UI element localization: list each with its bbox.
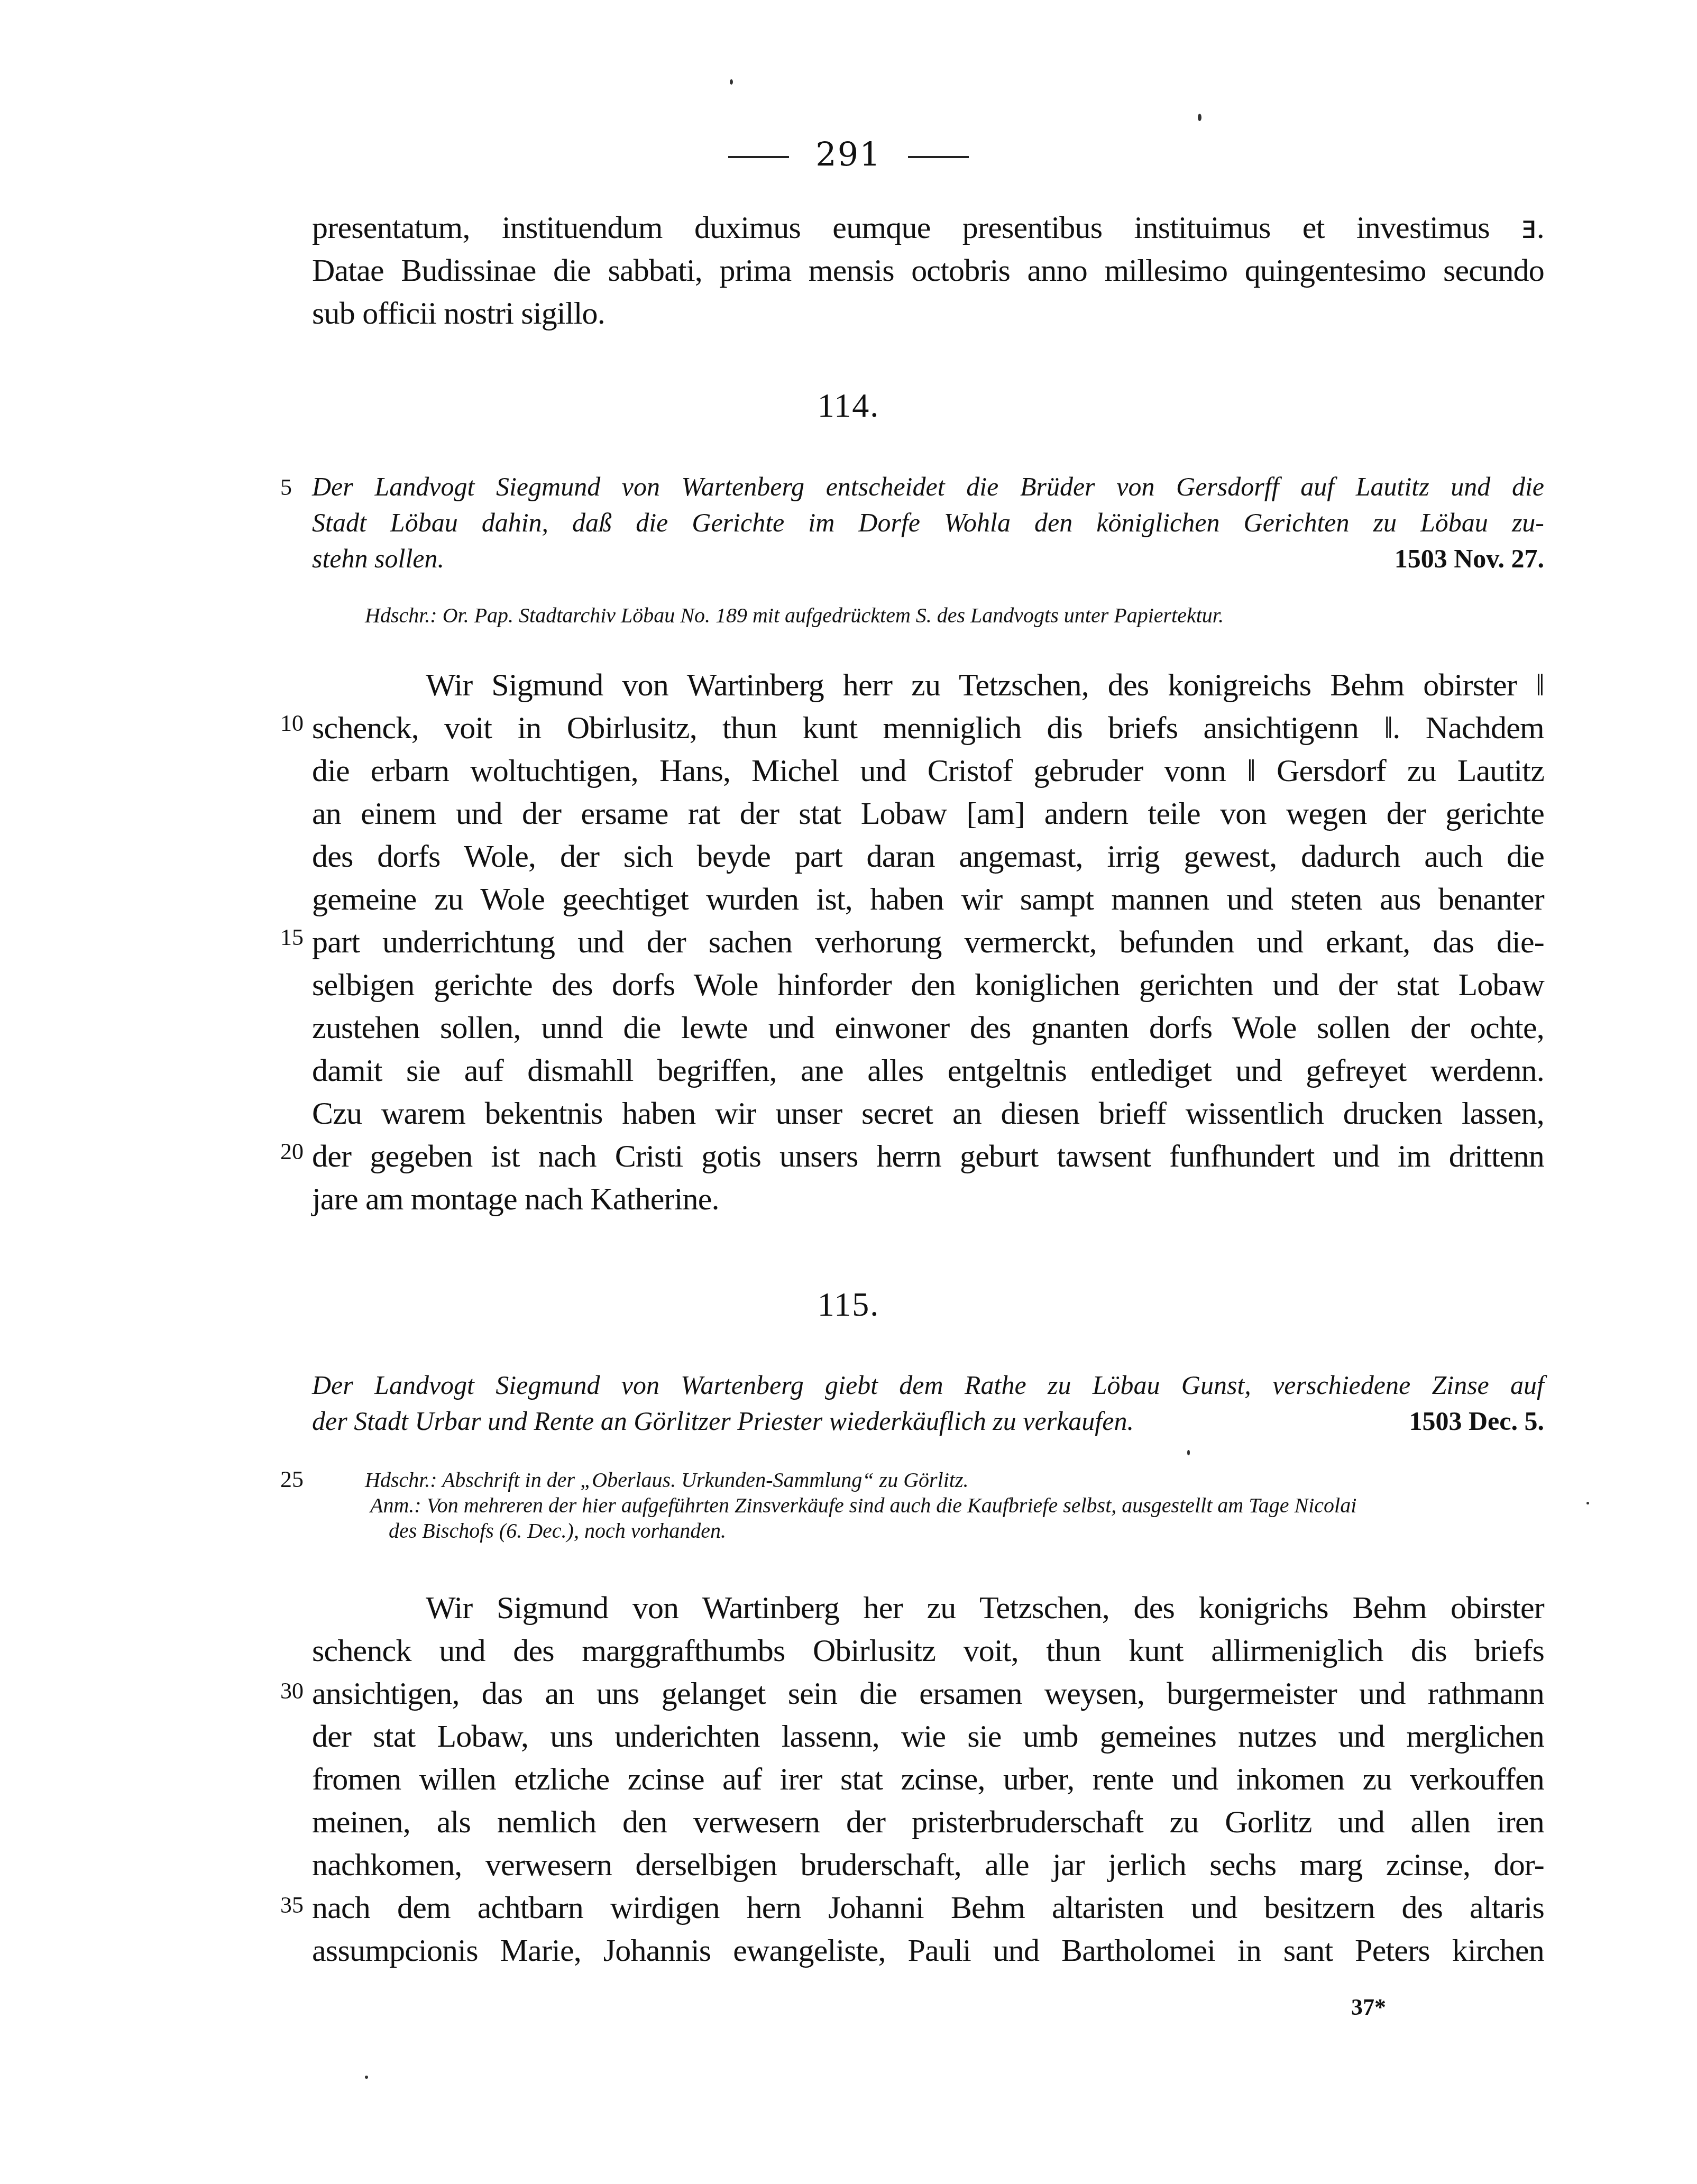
text-line: damit sie auf dismahll begriffen, ane al… xyxy=(312,1049,1544,1092)
scan-speck xyxy=(1198,114,1201,121)
document-page: 291 presentatum, instituendum duximus eu… xyxy=(0,0,1697,2184)
regest-line: Der Landvogt Siegmund von Wartenberg ent… xyxy=(312,469,1544,504)
margin-line-number: 15 xyxy=(280,924,304,951)
regest-115: Der Landvogt Siegmund von Wartenberg gie… xyxy=(312,1367,1544,1439)
text-line: des dorfs Wole, der sich beyde part dara… xyxy=(312,835,1544,878)
document-number-114: 114. xyxy=(0,386,1697,425)
margin-line-number: 35 xyxy=(280,1892,304,1919)
manuscript-note: Hdschr.: Abschrift in der „Oberlaus. Urk… xyxy=(365,1467,1544,1493)
annotation-note: Anm.: Von mehreren der hier aufgeführten… xyxy=(365,1493,1544,1518)
header-rule-right xyxy=(908,156,969,158)
text-line: nachkomen, verwesern derselbigen bruders… xyxy=(312,1843,1544,1886)
text-line: die erbarn woltuchtigen, Hans, Michel un… xyxy=(312,749,1544,792)
text-line: zustehen sollen, unnd die lewte und einw… xyxy=(312,1006,1544,1049)
regest-line: stehn sollen. xyxy=(312,544,444,573)
text-line: ansichtigen, das an uns gelanget sein di… xyxy=(312,1672,1544,1715)
text-line: meinen, als nemlich den verwesern der pr… xyxy=(312,1801,1544,1843)
notes-115: Hdschr.: Abschrift in der „Oberlaus. Urk… xyxy=(365,1467,1544,1544)
text-line: part underrichtung und der sachen verhor… xyxy=(312,921,1544,963)
text-line: der stat Lobaw, uns underichten lassenn,… xyxy=(312,1715,1544,1758)
text-line: sub officii nostri sigillo. xyxy=(312,292,1544,335)
text-line: Czu warem bekentnis haben wir unser secr… xyxy=(312,1092,1544,1135)
regest-line: Der Landvogt Siegmund von Wartenberg gie… xyxy=(312,1367,1544,1403)
scan-speck xyxy=(730,79,733,85)
text-line: schenck und des marggrafthumbs Obirlusit… xyxy=(312,1629,1544,1672)
scan-speck xyxy=(1586,1502,1589,1504)
text-line: nach dem achtbarn wirdigen hern Johanni … xyxy=(312,1886,1544,1929)
signature-mark: 37* xyxy=(1351,1994,1386,2021)
regest-line-last: der Stadt Urbar und Rente an Görlitzer P… xyxy=(312,1403,1544,1439)
text-line: Wir Sigmund von Wartinberg her zu Tetzsc… xyxy=(312,1586,1544,1629)
scan-speck xyxy=(1187,1450,1190,1455)
text-line: presentatum, instituendum duximus eumque… xyxy=(312,206,1544,249)
text-line: fromen willen etzliche zcinse auf irer s… xyxy=(312,1758,1544,1801)
page-header: 291 xyxy=(0,135,1697,173)
regest-line: Stadt Löbau dahin, daß die Gerichte im D… xyxy=(312,504,1544,540)
text-line: gemeine zu Wole geechtiget wurden ist, h… xyxy=(312,878,1544,921)
document-date: 1503 Nov. 27. xyxy=(1395,540,1544,576)
annotation-note-cont: des Bischofs (6. Dec.), noch vorhanden. xyxy=(365,1518,1544,1544)
text-line: assumpcionis Marie, Johannis ewangeliste… xyxy=(312,1929,1544,1972)
text-line: selbigen gerichte des dorfs Wole hinford… xyxy=(312,963,1544,1006)
scan-speck xyxy=(365,2076,368,2079)
regest-line-last: stehn sollen. 1503 Nov. 27. xyxy=(312,540,1544,576)
continuation-text: presentatum, instituendum duximus eumque… xyxy=(312,206,1544,335)
margin-line-number: 25 xyxy=(280,1466,304,1493)
margin-line-number: 20 xyxy=(280,1138,304,1165)
text-line: jare am montage nach Katherine. xyxy=(312,1178,1544,1221)
margin-line-number: 5 xyxy=(280,474,292,501)
header-rule-left xyxy=(728,156,789,158)
regest-114: Der Landvogt Siegmund von Wartenberg ent… xyxy=(312,469,1544,576)
text-line: Wir Sigmund von Wartinberg herr zu Tetzs… xyxy=(312,664,1544,706)
text-line: an einem und der ersame rat der stat Lob… xyxy=(312,792,1544,835)
margin-line-number: 10 xyxy=(280,710,304,737)
page-number: 291 xyxy=(815,135,881,173)
margin-line-number: 30 xyxy=(280,1677,304,1704)
document-number-115: 115. xyxy=(0,1285,1697,1324)
body-114: Wir Sigmund von Wartinberg herr zu Tetzs… xyxy=(312,664,1544,1221)
text-line: Datae Budissinae die sabbati, prima mens… xyxy=(312,249,1544,292)
document-date: 1503 Dec. 5. xyxy=(1409,1403,1545,1439)
text-line: schenck, voit in Obirlusitz, thun kunt m… xyxy=(312,706,1544,749)
regest-line: der Stadt Urbar und Rente an Görlitzer P… xyxy=(312,1406,1134,1436)
notes-114: Hdschr.: Or. Pap. Stadtarchiv Löbau No. … xyxy=(365,603,1528,628)
body-115: Wir Sigmund von Wartinberg her zu Tetzsc… xyxy=(312,1586,1544,1972)
text-line: der gegeben ist nach Cristi gotis unsers… xyxy=(312,1135,1544,1178)
manuscript-note: Hdschr.: Or. Pap. Stadtarchiv Löbau No. … xyxy=(365,603,1528,628)
